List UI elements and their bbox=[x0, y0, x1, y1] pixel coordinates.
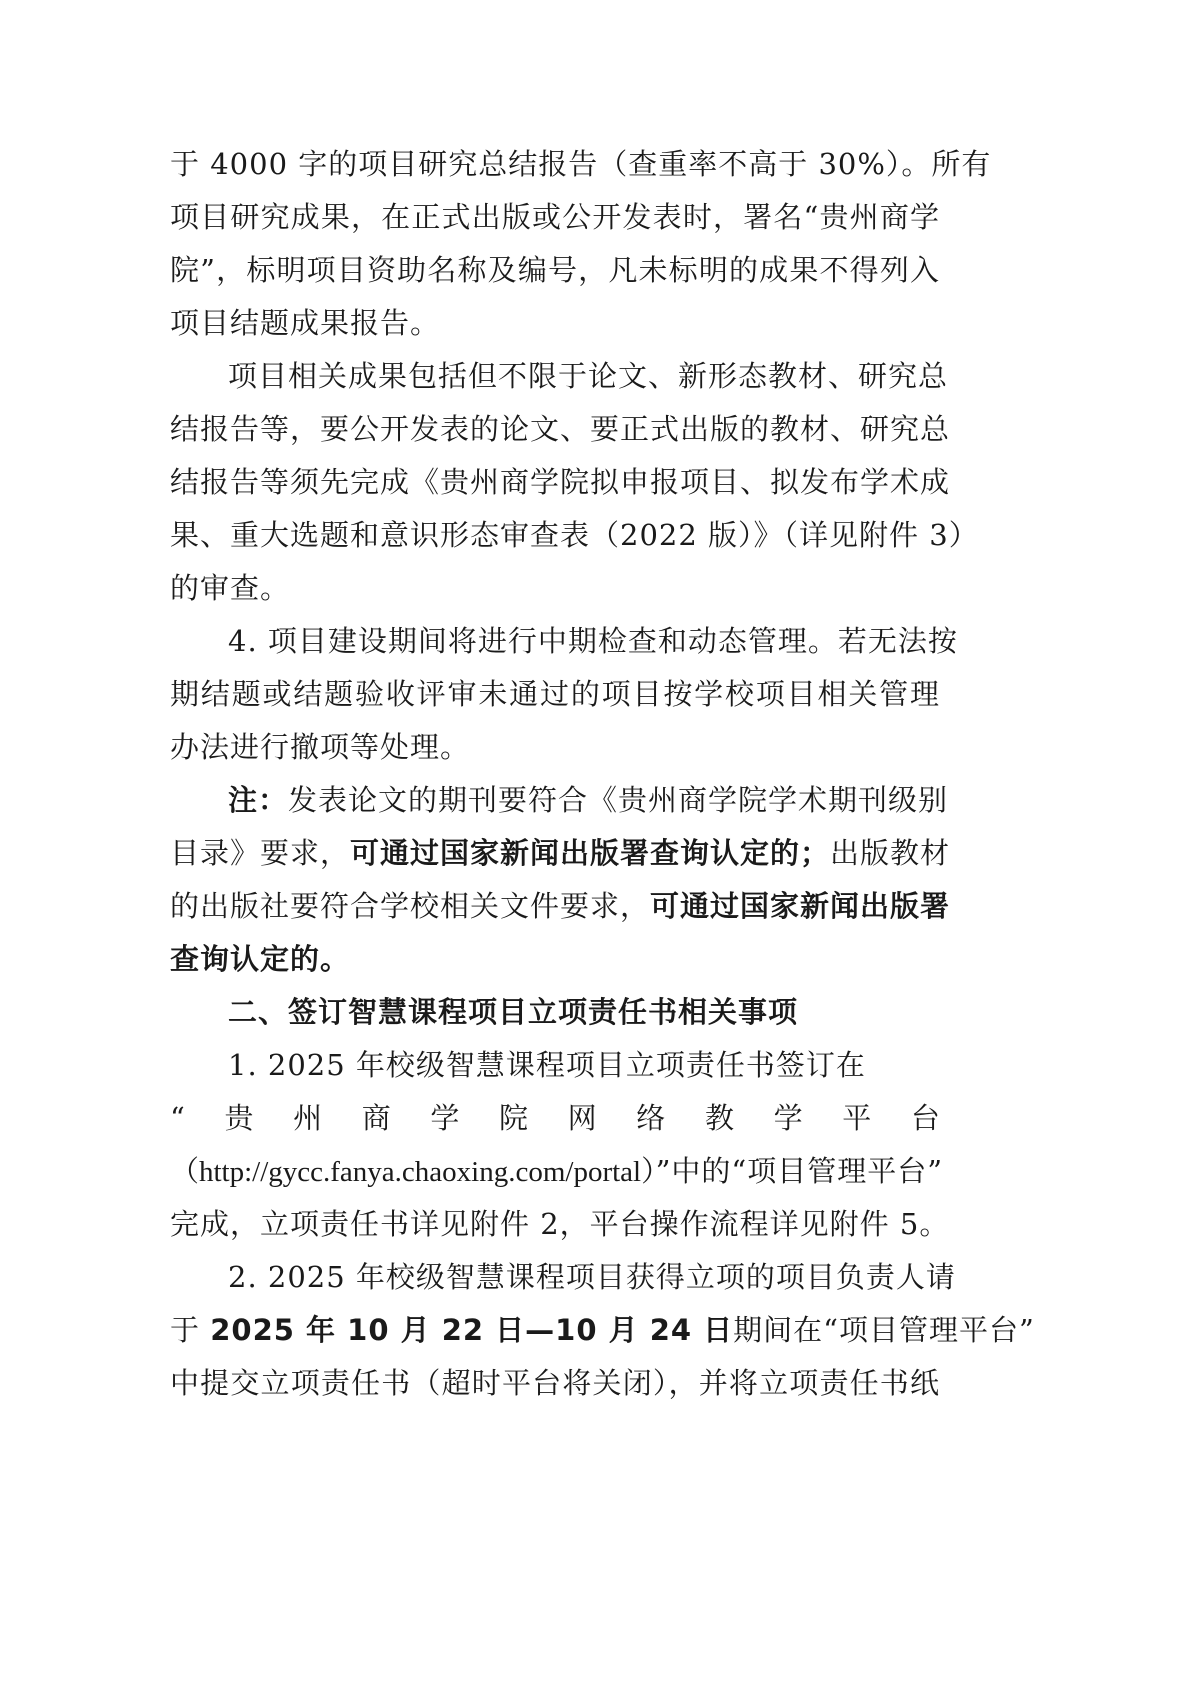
char: 学 bbox=[774, 1092, 803, 1145]
paragraph-line: 完成，立项责任书详见附件 2，平台操作流程详见附件 5。 bbox=[170, 1198, 940, 1251]
paragraph-line: 中提交立项责任书（超时平台将关闭），并将立项责任书纸 bbox=[170, 1357, 940, 1410]
char: “ bbox=[170, 1092, 185, 1145]
section-heading: 二、签订智慧课程项目立项责任书相关事项 bbox=[170, 986, 940, 1039]
char: 教 bbox=[705, 1092, 734, 1145]
url-line: （http://gycc.fanya.chaoxing.com/portal）”… bbox=[170, 1145, 940, 1198]
document-body: 于 4000 字的项目研究总结报告（查重率不高于 30%）。所有 项目研究成果，… bbox=[170, 138, 940, 1410]
char: 商 bbox=[362, 1092, 391, 1145]
char: 学 bbox=[430, 1092, 459, 1145]
paragraph-line: 1. 2025 年校级智慧课程项目立项责任书签订在 bbox=[170, 1039, 940, 1092]
deadline-emphasis: 2025 年 10 月 22 日—10 月 24 日 bbox=[210, 1313, 733, 1347]
note-line: 注：发表论文的期刊要符合《贵州商学院学术期刊级别 bbox=[170, 774, 940, 827]
note-text: 的出版社要符合学校相关文件要求， bbox=[170, 889, 650, 923]
note-line: 目录》要求，可通过国家新闻出版署查询认定的；出版教材 bbox=[170, 827, 940, 880]
document-page: 于 4000 字的项目研究总结报告（查重率不高于 30%）。所有 项目研究成果，… bbox=[0, 0, 1190, 1683]
paragraph-line: 项目研究成果，在正式出版或公开发表时，署名“贵州商学 bbox=[170, 191, 940, 244]
paragraph-line: 于 4000 字的项目研究总结报告（查重率不高于 30%）。所有 bbox=[170, 138, 940, 191]
paragraph-line: 结报告等，要公开发表的论文、要正式出版的教材、研究总 bbox=[170, 403, 940, 456]
note-line: 查询认定的。 bbox=[170, 933, 940, 986]
paragraph-line: 2. 2025 年校级智慧课程项目获得立项的项目负责人请 bbox=[170, 1251, 940, 1304]
char: 贵 bbox=[224, 1092, 253, 1145]
paragraph-line: 院”，标明项目资助名称及编号，凡未标明的成果不得列入 bbox=[170, 244, 940, 297]
paragraph-line: 结报告等须先完成《贵州商学院拟申报项目、拟发布学术成 bbox=[170, 456, 940, 509]
paragraph-line: 果、重大选题和意识形态审查表（2022 版）》（详见附件 3） bbox=[170, 509, 940, 562]
paragraph-text: 期间在“项目管理平台” bbox=[733, 1313, 1035, 1347]
note-label: 注： bbox=[228, 783, 288, 817]
paragraph-line: 于 2025 年 10 月 22 日—10 月 24 日期间在“项目管理平台” bbox=[170, 1304, 940, 1357]
char: 平 bbox=[842, 1092, 871, 1145]
char: 院 bbox=[499, 1092, 528, 1145]
platform-url-link[interactable]: （http://gycc.fanya.chaoxing.com/portal） bbox=[170, 1156, 656, 1188]
note-text: 目录》要求， bbox=[170, 836, 350, 870]
paragraph-text: 于 bbox=[170, 1313, 200, 1347]
note-emphasis: 可通过国家新闻出版署 bbox=[650, 889, 950, 923]
paragraph-line: 期结题或结题验收评审未通过的项目按学校项目相关管理 bbox=[170, 668, 940, 721]
char: 州 bbox=[293, 1092, 322, 1145]
note-emphasis: 可通过国家新闻出版署查询认定的； bbox=[350, 836, 830, 870]
note-text: 发表论文的期刊要符合《贵州商学院学术期刊级别 bbox=[288, 783, 948, 817]
paragraph-line: 4. 项目建设期间将进行中期检查和动态管理。若无法按 bbox=[170, 615, 940, 668]
paragraph-line: 项目结题成果报告。 bbox=[170, 297, 940, 350]
paragraph-line: 的审查。 bbox=[170, 562, 940, 615]
paragraph-line: 办法进行撤项等处理。 bbox=[170, 721, 940, 774]
paragraph-line: 项目相关成果包括但不限于论文、新形态教材、研究总 bbox=[170, 350, 940, 403]
paragraph-text: ”中的“项目管理平台” bbox=[656, 1154, 943, 1188]
note-text: 出版教材 bbox=[830, 836, 950, 870]
platform-name-line: “ 贵 州 商 学 院 网 络 教 学 平 台 bbox=[170, 1092, 940, 1145]
note-line: 的出版社要符合学校相关文件要求，可通过国家新闻出版署 bbox=[170, 880, 940, 933]
char: 网 bbox=[568, 1092, 597, 1145]
char: 络 bbox=[636, 1092, 665, 1145]
char: 台 bbox=[911, 1092, 940, 1145]
note-emphasis: 查询认定的。 bbox=[170, 942, 350, 976]
